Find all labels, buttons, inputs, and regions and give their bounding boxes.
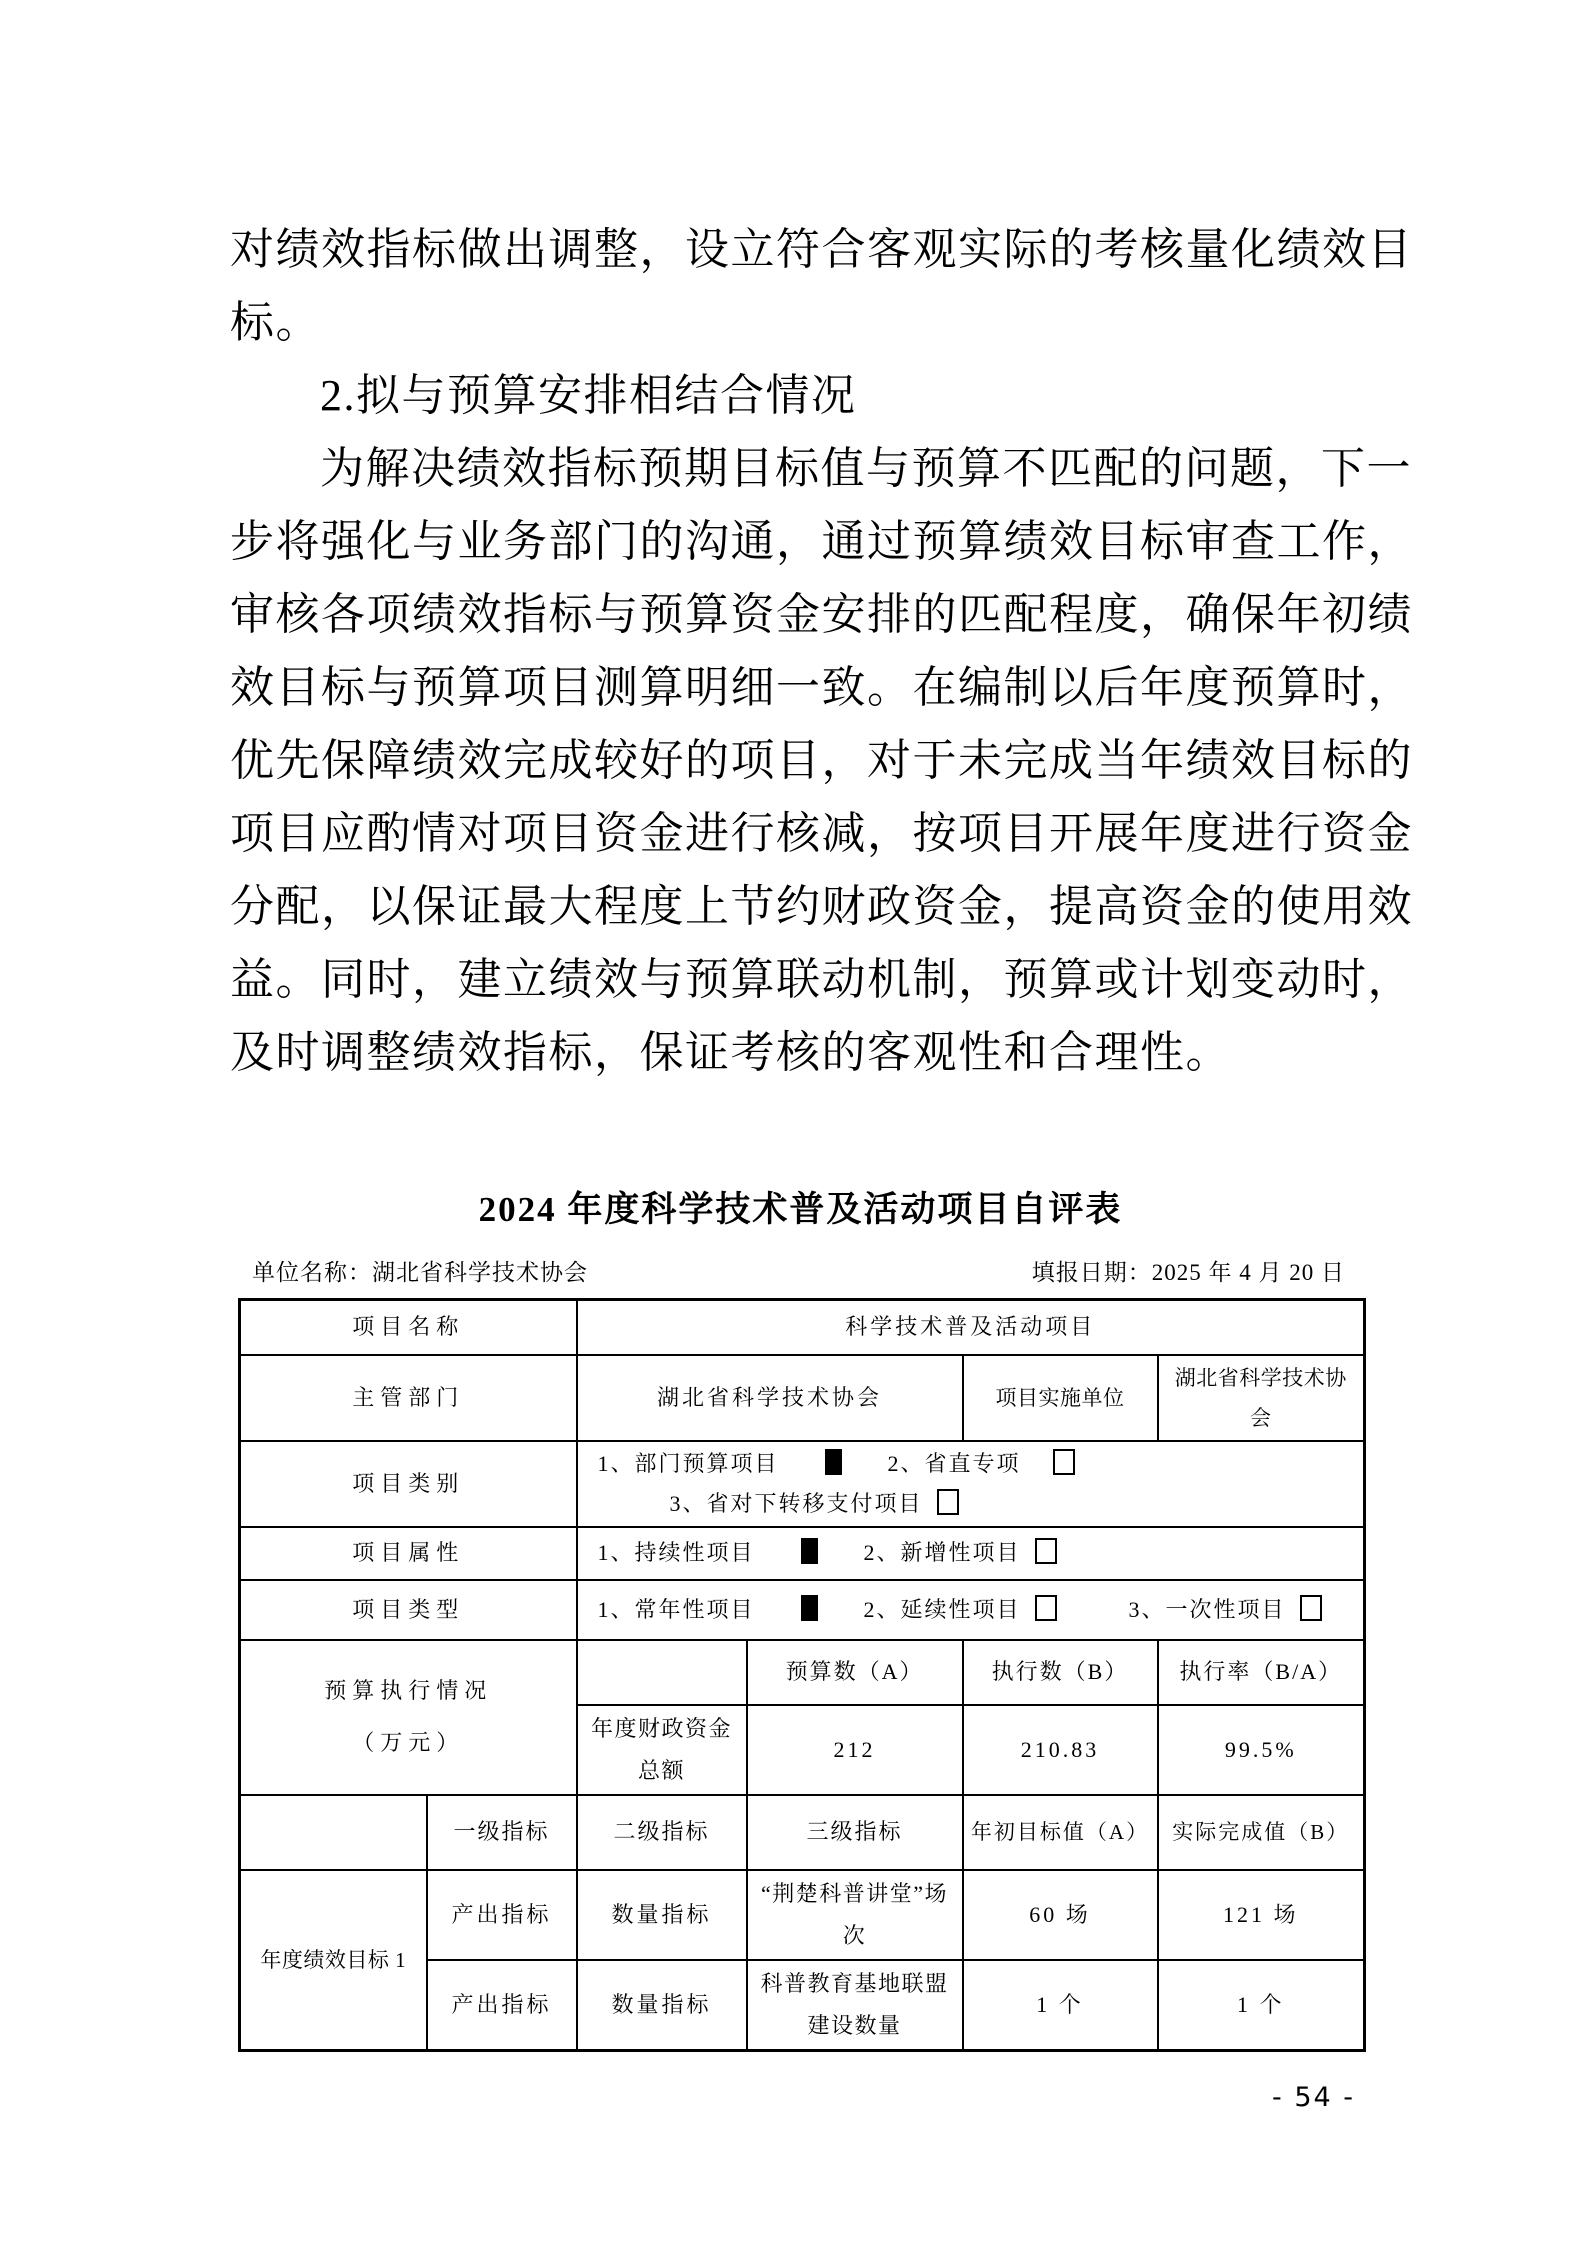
indicator-1-level3: “荆楚科普讲堂”场次 (747, 1870, 963, 1960)
attribute-option-2: 2、新增性项目 (864, 1540, 1057, 1565)
body-line: 益。同时，建立绩效与预算联动机制，预算或计划变动时， (230, 943, 1363, 1016)
category-option-2-label: 2、省直专项 (888, 1451, 1021, 1476)
annual-funds-label: 年度财政资金总额 (577, 1705, 747, 1795)
type-option-2-label: 2、延续性项目 (864, 1597, 1021, 1622)
category-option-3-label: 3、省对下转移支付项目 (670, 1491, 923, 1516)
project-name-value: 科学技术普及活动项目 (577, 1300, 1365, 1355)
department-value: 湖北省科学技术协会 (577, 1355, 963, 1441)
unit-name-label: 单位名称：湖北省科学技术协会 (238, 1254, 588, 1287)
body-line: 优先保障绩效完成较好的项目，对于未完成当年绩效目标的 (230, 724, 1363, 797)
budget-label-line2: （万元） (247, 1717, 570, 1769)
form-title: 2024 年度科学技术普及活动项目自评表 (238, 1182, 1363, 1232)
report-date-label: 填报日期：2025 年 4 月 20 日 (1032, 1254, 1363, 1287)
project-category-options: 1、部门预算项目2、省直专项3、省对下转移支付项目 (577, 1441, 1365, 1527)
body-line: 为解决绩效指标预期目标值与预算不匹配的问题，下一 (230, 432, 1363, 505)
type-option-3-checkbox (1300, 1595, 1322, 1621)
budget-value-a: 212 (747, 1705, 963, 1795)
body-line: 项目应酌情对项目资金进行核减，按项目开展年度进行资金 (230, 797, 1363, 870)
page-number: - 54 - (1272, 2082, 1355, 2113)
self-evaluation-table: 项目名称 科学技术普及活动项目 主管部门 湖北省科学技术协会 项目实施单位 湖北… (238, 1298, 1366, 2052)
indicator-target-header: 年初目标值（A） (963, 1795, 1158, 1870)
row-project-attribute: 项目属性 1、持续性项目2、新增性项目 (240, 1527, 1365, 1580)
indicator-col2-header: 二级指标 (577, 1795, 747, 1870)
indicator-col1-header: 一级指标 (427, 1795, 577, 1870)
indicator-2-actual: 1 个 (1158, 1960, 1365, 2051)
budget-empty-cell (577, 1640, 747, 1705)
category-option-3: 3、省对下转移支付项目 (670, 1491, 959, 1516)
indicator-actual-header: 实际完成值（B） (1158, 1795, 1365, 1870)
category-option-2-checkbox (1053, 1449, 1075, 1475)
type-option-1-checkbox (801, 1595, 818, 1621)
category-option-3-checkbox (937, 1489, 959, 1515)
body-line: 标。 (230, 286, 1363, 359)
row-project-name: 项目名称 科学技术普及活动项目 (240, 1300, 1365, 1355)
document-page: 对绩效指标做出调整，设立符合客观实际的考核量化绩效目 标。 2.拟与预算安排相结… (0, 0, 1587, 2245)
budget-value-rate: 99.5% (1158, 1705, 1365, 1795)
row-indicator-1: 年度绩效目标 1 产出指标 数量指标 “荆楚科普讲堂”场次 60 场 121 场 (240, 1870, 1365, 1960)
budget-label-line1: 预算执行情况 (247, 1665, 570, 1717)
impl-unit-label: 项目实施单位 (963, 1355, 1158, 1441)
budget-col-a-header: 预算数（A） (747, 1640, 963, 1705)
body-line: 分配，以保证最大程度上节约财政资金，提高资金的使用效 (230, 870, 1363, 943)
body-line: 效目标与预算项目测算明细一致。在编制以后年度预算时， (230, 651, 1363, 724)
row-budget-header: 预算执行情况 （万元） 预算数（A） 执行数（B） 执行率（B/A） (240, 1640, 1365, 1705)
type-option-3: 3、一次性项目 (1129, 1597, 1322, 1622)
indicator-2-level3: 科普教育基地联盟建设数量 (747, 1960, 963, 2051)
indicator-2-target: 1 个 (963, 1960, 1158, 2051)
attribute-option-1: 1、持续性项目 (598, 1540, 818, 1565)
type-option-1-label: 1、常年性项目 (598, 1597, 755, 1622)
attribute-option-2-label: 2、新增性项目 (864, 1540, 1021, 1565)
department-label: 主管部门 (240, 1355, 577, 1441)
body-line: 2.拟与预算安排相结合情况 (230, 359, 1363, 432)
project-type-label: 项目类型 (240, 1580, 577, 1640)
body-line: 对绩效指标做出调整，设立符合客观实际的考核量化绩效目 (230, 213, 1363, 286)
row-project-category: 项目类别 1、部门预算项目2、省直专项3、省对下转移支付项目 (240, 1441, 1365, 1527)
body-text: 对绩效指标做出调整，设立符合客观实际的考核量化绩效目 标。 2.拟与预算安排相结… (230, 213, 1363, 1089)
indicator-col3-header: 三级指标 (747, 1795, 963, 1870)
row-department: 主管部门 湖北省科学技术协会 项目实施单位 湖北省科学技术协会 (240, 1355, 1365, 1441)
body-line: 审核各项绩效指标与预算资金安排的匹配程度，确保年初绩 (230, 578, 1363, 651)
budget-col-b-header: 执行数（B） (963, 1640, 1158, 1705)
type-option-3-label: 3、一次性项目 (1129, 1597, 1286, 1622)
form-meta: 单位名称：湖北省科学技术协会 填报日期：2025 年 4 月 20 日 (238, 1254, 1363, 1287)
indicator-empty-cell (240, 1795, 427, 1870)
attribute-option-1-checkbox (801, 1538, 818, 1564)
category-option-1-label: 1、部门预算项目 (598, 1451, 779, 1476)
indicator-1-actual: 121 场 (1158, 1870, 1365, 1960)
row-indicator-header: 一级指标 二级指标 三级指标 年初目标值（A） 实际完成值（B） (240, 1795, 1365, 1870)
budget-col-rate-header: 执行率（B/A） (1158, 1640, 1365, 1705)
budget-value-b: 210.83 (963, 1705, 1158, 1795)
indicator-2-level2: 数量指标 (577, 1960, 747, 2051)
project-name-label: 项目名称 (240, 1300, 577, 1355)
project-attribute-options: 1、持续性项目2、新增性项目 (577, 1527, 1365, 1580)
attribute-option-1-label: 1、持续性项目 (598, 1540, 755, 1565)
type-option-1: 1、常年性项目 (598, 1597, 818, 1622)
indicator-1-level2: 数量指标 (577, 1870, 747, 1960)
indicator-1-level1: 产出指标 (427, 1870, 577, 1960)
project-category-label: 项目类别 (240, 1441, 577, 1527)
category-option-2: 2、省直专项 (888, 1451, 1075, 1476)
category-option-1: 1、部门预算项目 (598, 1451, 842, 1476)
type-option-2-checkbox (1035, 1595, 1057, 1621)
project-attribute-label: 项目属性 (240, 1527, 577, 1580)
impl-unit-value: 湖北省科学技术协会 (1158, 1355, 1365, 1441)
budget-execution-label: 预算执行情况 （万元） (240, 1640, 577, 1795)
indicator-2-level1: 产出指标 (427, 1960, 577, 2051)
indicator-1-target: 60 场 (963, 1870, 1158, 1960)
type-option-2: 2、延续性项目 (864, 1597, 1057, 1622)
category-option-1-checkbox (825, 1449, 842, 1475)
attribute-option-2-checkbox (1035, 1538, 1057, 1564)
project-type-options: 1、常年性项目2、延续性项目3、一次性项目 (577, 1580, 1365, 1640)
body-line: 及时调整绩效指标，保证考核的客观性和合理性。 (230, 1016, 1363, 1089)
body-line: 步将强化与业务部门的沟通，通过预算绩效目标审查工作， (230, 505, 1363, 578)
annual-goal-label: 年度绩效目标 1 (240, 1870, 427, 2051)
row-project-type: 项目类型 1、常年性项目2、延续性项目3、一次性项目 (240, 1580, 1365, 1640)
